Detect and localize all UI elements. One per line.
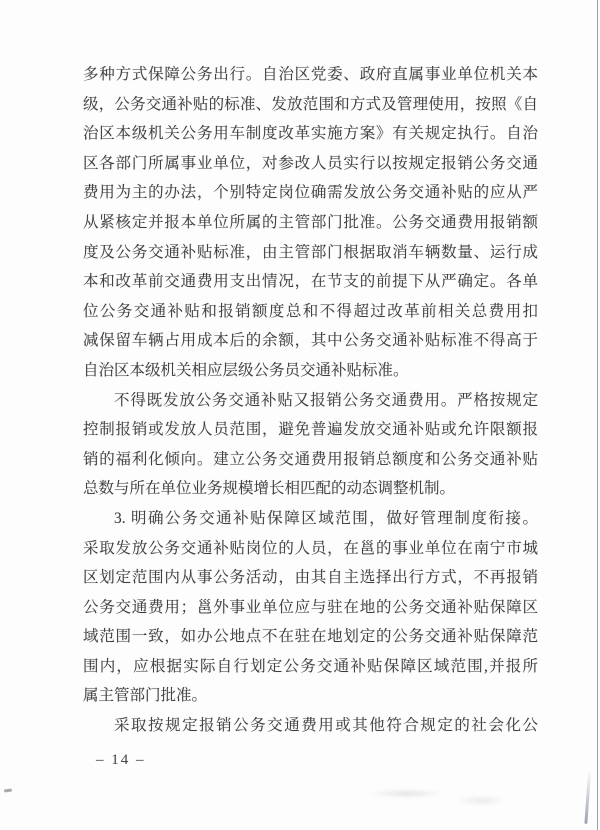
text-line: 控制报销或发放人员范围，避免普遍发放交通补贴或允许限额报 [83, 415, 538, 445]
text-line: 度及公务交通补贴标准，由主管部门根据取消车辆数量、运行成 [83, 238, 538, 268]
text-line: 级，公务交通补贴的标准、发放范围和方式及管理使用，按照《自 [83, 90, 538, 120]
text-line: 费用为主的办法，个别特定岗位确需发放公务交通补贴的应从严 [83, 178, 538, 208]
text-line: 位公务交通补贴和报销额度总和不得超过改革前相关总费用扣 [83, 297, 538, 327]
smudge-artifact [455, 795, 507, 806]
text-line: 围内，应根据实际自行划定公务交通补贴保障区域范围,并报所 [83, 652, 538, 682]
text-line: 减保留车辆占用成本后的余额，其中公务交通补贴标准不得高于 [83, 326, 538, 356]
text-line: 采取按规定报销公务交通费用或其他符合规定的社会化公 [83, 711, 538, 741]
text-line: 属主管部门批准。 [83, 681, 538, 711]
text-line: 总数与所在单位业务规模增长相匹配的动态调整机制。 [83, 474, 538, 504]
text-line: 不得既发放公务交通补贴又报销公务交通费用。严格按规定 [83, 386, 538, 416]
text-line: 域范围一致，如办公地点不在驻在地划定的公务交通补贴保障范 [83, 622, 538, 652]
text-line: 治区本级机关公务用车制度改革实施方案》有关规定执行。自治 [83, 119, 538, 149]
smudge-artifact [368, 789, 446, 798]
text-line: 3. 明确公务交通补贴保障区域范围，做好管理制度衔接。 [83, 504, 538, 534]
text-line: 自治区本级机关相应层级公务员交通补贴标准。 [83, 356, 538, 386]
speck-artifact [4, 788, 12, 792]
text-line: 多种方式保障公务出行。自治区党委、政府直属事业单位机关本 [83, 60, 538, 90]
text-line: 区划定范围内从事公务活动，由其自主选择出行方式，不再报销 [83, 563, 538, 593]
text-line: 区各部门所属事业单位，对参改人员实行以按规定报销公务交通 [83, 149, 538, 179]
pen-mark-artifact [584, 772, 591, 824]
text-line: 销的福利化倾向。建立公务交通费用报销总额度和公务交通补贴 [83, 445, 538, 475]
text-line: 本和改革前交通费用支出情况，在节支的前提下从严确定。各单 [83, 267, 538, 297]
body-text: 多种方式保障公务出行。自治区党委、政府直属事业单位机关本级，公务交通补贴的标准、… [83, 60, 538, 741]
text-line: 采取发放公务交通补贴岗位的人员，在邕的事业单位在南宁市城 [83, 534, 538, 564]
text-line: 从紧核定并报本单位所属的主管部门批准。公务交通费用报销额 [83, 208, 538, 238]
text-line: 公务交通费用；邕外事业单位应与驻在地的公务交通补贴保障区 [83, 593, 538, 623]
scan-edge-line [597, 0, 598, 830]
page-number: – 14 – [96, 750, 146, 770]
document-page: 多种方式保障公务出行。自治区党委、政府直属事业单位机关本级，公务交通补贴的标准、… [0, 0, 600, 830]
